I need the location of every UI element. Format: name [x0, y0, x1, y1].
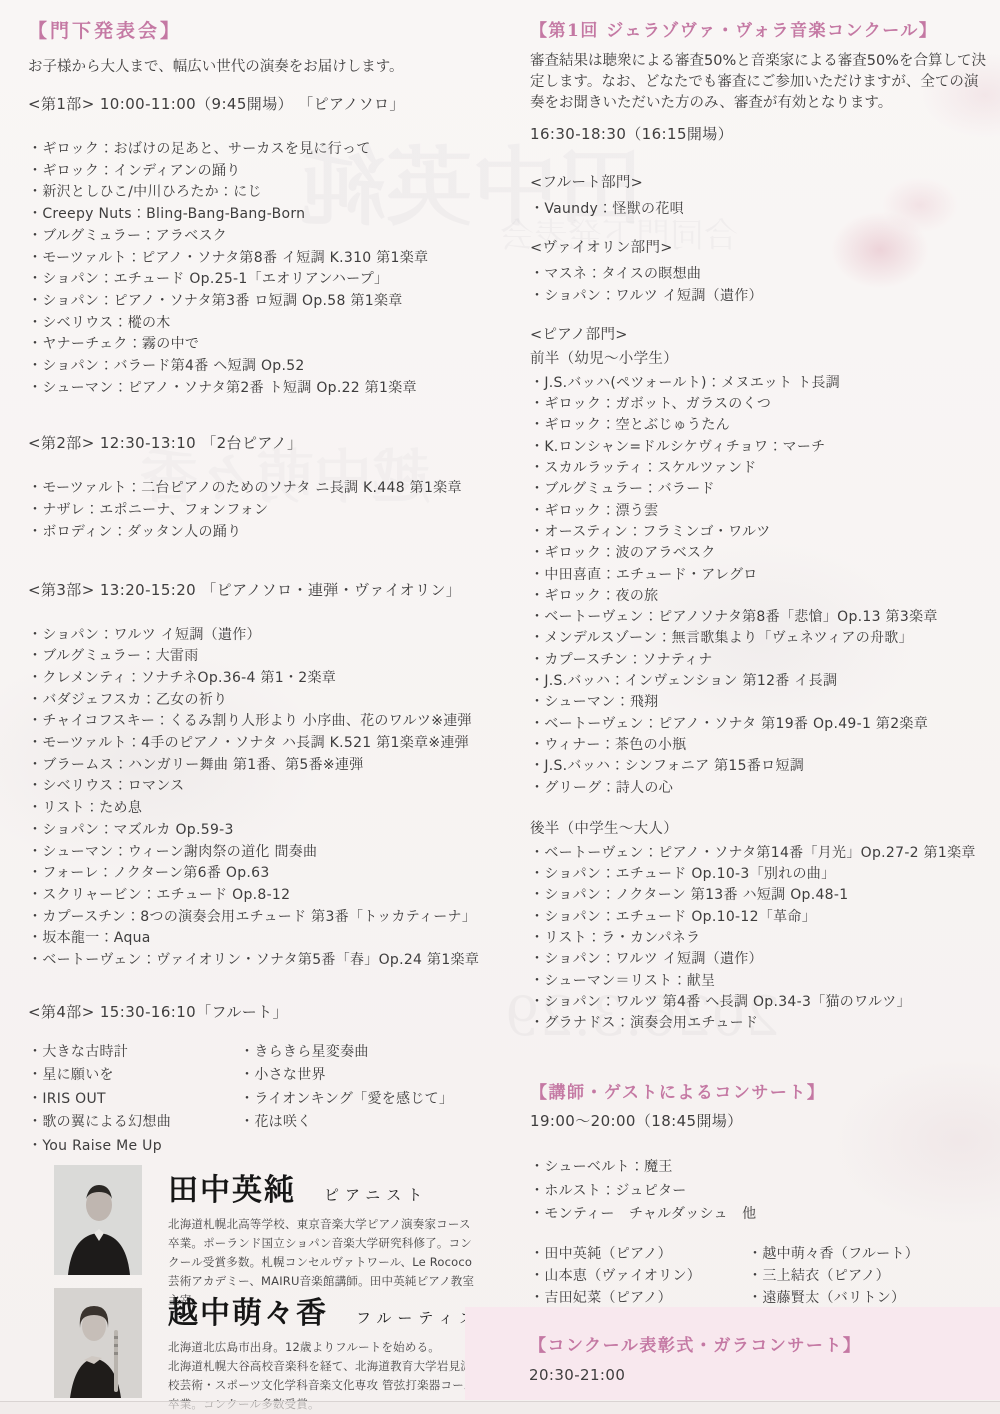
program-item: クレメンティ：ソナチネOp.36-4 第1・2楽章	[28, 668, 490, 690]
program-item: ボロディン：ダッタン人の踊り	[28, 522, 490, 544]
program-item: ショパン：ワルツ イ短調（遺作）	[530, 949, 992, 970]
program-item: ショパン：エチュード Op.10-3「別れの曲」	[530, 864, 992, 885]
performer-item: 三上結衣（ピアノ）	[748, 1265, 992, 1287]
part3-heading: <第3部> 13:20-15:20 「ピアノソロ・連弾・ヴァイオリン」	[28, 580, 490, 601]
piano-second-half-label: 後半（中学生～大人）	[530, 819, 992, 839]
profile-etchu: 越中萌々香 フルーティスト 北海道北広島市出身。12歳よりフルートを始める。 北…	[54, 1288, 494, 1414]
program-item: ギロック：空とぶじゅうたん	[530, 415, 992, 436]
program-item: バダジェフスカ：乙女の祈り	[28, 690, 490, 712]
guest-concert-block: 【講師・ゲストによるコンサート】 19:00～20:00（18:45開場） シュ…	[530, 1078, 992, 1309]
program-item: ベートーヴェン：ピアノ・ソナタ 第19番 Op.49-1 第2楽章	[530, 714, 992, 735]
violin-section-list: マスネ：タイスの瞑想曲ショパン：ワルツ イ短調（遺作）	[530, 264, 992, 307]
competition-title: 【第1回 ジェラゾヴァ・ヴォラ音楽コンクール】	[530, 16, 992, 41]
program-item: J.S.バッハ：インヴェンション 第12番 イ長調	[530, 671, 992, 692]
performers-list-right: 越中萌々香（フルート）三上結衣（ピアノ）遠藤賢太（バリトン）	[748, 1243, 992, 1309]
program-item: 坂本龍一：Aqua	[28, 928, 490, 950]
program-item: 中田喜直：エチュード・アレグロ	[530, 565, 992, 586]
program-item: ギロック：ガボット、ガラスのくつ	[530, 394, 992, 415]
competition-time: 16:30-18:30（16:15開場）	[530, 124, 992, 145]
program-item: ショパン：エチュード Op.25-1「エオリアンハープ」	[28, 269, 490, 291]
flutist-name: 越中萌々香	[168, 1288, 328, 1332]
program-item: シベリウス：ロマンス	[28, 776, 490, 798]
gala-time: 20:30-21:00	[529, 1366, 1000, 1384]
program-item: ホルスト：ジュピター	[530, 1180, 992, 1204]
program-item: ベートーヴェン：ピアノ・ソナタ第14番「月光」Op.27-2 第1楽章	[530, 843, 992, 864]
gala-title: 【コンクール表彰式・ガラコンサート】	[529, 1331, 1000, 1356]
program-item: チャイコフスキー：くるみ割り人形より 小序曲、花のワルツ※連弾	[28, 711, 490, 733]
program-item: You Raise Me Up	[28, 1135, 240, 1159]
competition-description: 審査結果は聴衆による審査50%と音楽家による審査50%を合算して決定します。なお…	[530, 51, 990, 114]
program-item: マスネ：タイスの瞑想曲	[530, 264, 992, 285]
pianist-role: ピアニスト	[324, 1184, 428, 1205]
performer-item: 遠藤賢太（バリトン）	[748, 1287, 992, 1309]
part2-program-list: モーツァルト：二台ピアノのためのソナタ ニ長調 K.448 第1楽章ナザレ：エポ…	[28, 478, 490, 543]
program-item: ギロック：波のアラベスク	[530, 543, 992, 564]
program-item: モーツァルト：ピアノ・ソナタ第8番 イ短調 K.310 第1楽章	[28, 248, 490, 270]
recital-title: 【門下発表会】	[28, 16, 490, 43]
guest-concert-time: 19:00～20:00（18:45開場）	[530, 1111, 992, 1132]
program-item: グラナドス：演奏会用エチュード	[530, 1013, 992, 1034]
guest-concert-title: 【講師・ゲストによるコンサート】	[530, 1078, 992, 1103]
program-item: ウィナー：茶色の小瓶	[530, 735, 992, 756]
program-item: シベリウス：樅の木	[28, 313, 490, 335]
program-item: Vaundy：怪獣の花唄	[530, 199, 992, 220]
performer-item: 越中萌々香（フルート）	[748, 1243, 992, 1265]
program-item: ショパン：ノクターン 第13番 ハ短調 Op.48-1	[530, 885, 992, 906]
program-item: ベートーヴェン：ピアノソナタ第8番「悲愴」Op.13 第3楽章	[530, 607, 992, 628]
piano-first-half-list: J.S.バッハ(ペツォールト)：メヌエット ト長調ギロック：ガボット、ガラスのく…	[530, 373, 992, 799]
program-item: シューマン：ウィーン謝肉祭の道化 間奏曲	[28, 842, 490, 864]
program-item: ブルグミュラー：大雷雨	[28, 646, 490, 668]
program-item: スカルラッティ：スケルツァンド	[530, 458, 992, 479]
flutist-photo	[54, 1288, 142, 1398]
program-item: ギロック：漂う雲	[530, 501, 992, 522]
program-item: カプースチン：8つの演奏会用エチュード 第3番「トッカティーナ」	[28, 907, 490, 929]
part1-heading: <第1部> 10:00-11:00（9:45開場） 「ピアノソロ」	[28, 94, 490, 115]
part2-heading: <第2部> 12:30-13:10 「2台ピアノ」	[28, 433, 490, 454]
performer-item: 吉田妃菜（ピアノ）	[530, 1287, 748, 1309]
program-item: 星に願いを	[28, 1064, 240, 1088]
program-item: オースティン：フラミンゴ・ワルツ	[530, 522, 992, 543]
performers-columns: 田中英純（ピアノ）山本恵（ヴァイオリン）吉田妃菜（ピアノ） 越中萌々香（フルート…	[530, 1243, 992, 1309]
program-item: シューマン＝リスト：献呈	[530, 971, 992, 992]
program-item: 新沢としひこ/中川ひろたか：にじ	[28, 182, 490, 204]
program-item: シューマン：飛翔	[530, 692, 992, 713]
recital-intro: お子様から大人まで、幅広い世代の演奏をお届けします。	[28, 57, 490, 78]
program-item: 大きな古時計	[28, 1041, 240, 1065]
performer-item: 田中英純（ピアノ）	[530, 1243, 748, 1265]
violin-section-heading: <ヴァイオリン部門>	[530, 238, 992, 258]
gala-concert-box: 【コンクール表彰式・ガラコンサート】 20:30-21:00	[465, 1307, 1000, 1400]
program-item: モンティー チャルダッシュ 他	[530, 1203, 992, 1227]
program-item: カプースチン：ソナティナ	[530, 650, 992, 671]
part4-program-list-right: きらきら星変奏曲小さな世界ライオンキング「愛を感じて」花は咲く	[240, 1041, 490, 1159]
program-item: モーツァルト：二台ピアノのためのソナタ ニ長調 K.448 第1楽章	[28, 478, 490, 500]
program-item: きらきら星変奏曲	[240, 1041, 490, 1065]
flute-section-heading: <フルート部門>	[530, 173, 992, 193]
program-item: 歌の翼による幻想曲	[28, 1111, 240, 1135]
guest-concert-list: シューベルト：魔王ホルスト：ジュピターモンティー チャルダッシュ 他	[530, 1156, 992, 1227]
program-item: ヤナーチェク：霧の中で	[28, 334, 490, 356]
program-item: ギロック：おばけの足あと、サーカスを見に行って	[28, 139, 490, 161]
program-item: ベートーヴェン：ヴァイオリン・ソナタ第5番「春」Op.24 第1楽章	[28, 950, 490, 972]
piano-second-half-list: ベートーヴェン：ピアノ・ソナタ第14番「月光」Op.27-2 第1楽章ショパン：…	[530, 843, 992, 1035]
program-item: 小さな世界	[240, 1064, 490, 1088]
program-item: メンデルスゾーン：無言歌集より「ヴェネツィアの舟歌」	[530, 628, 992, 649]
performer-item: 山本恵（ヴァイオリン）	[530, 1265, 748, 1287]
program-item: ナザレ：エポニーナ、フォンフォン	[28, 500, 490, 522]
program-item: シューマン：ピアノ・ソナタ第2番 ト短調 Op.22 第1楽章	[28, 378, 490, 400]
program-item: フォーレ：ノクターン第6番 Op.63	[28, 863, 490, 885]
pianist-photo	[54, 1165, 142, 1275]
program-item: ギロック：夜の旅	[530, 586, 992, 607]
program-item: グリーグ：詩人の心	[530, 778, 992, 799]
competition-column: 【第1回 ジェラゾヴァ・ヴォラ音楽コンクール】 審査結果は聴衆による審査50%と…	[530, 16, 992, 1035]
program-item: ショパン：ワルツ 第4番 ヘ長調 Op.34-3「猫のワルツ」	[530, 992, 992, 1013]
part3-program-list: ショパン：ワルツ イ短調（遺作）ブルグミュラー：大雷雨クレメンティ：ソナチネOp…	[28, 625, 490, 972]
program-item: シューベルト：魔王	[530, 1156, 992, 1180]
program-item: スクリャービン：エチュード Op.8-12	[28, 885, 490, 907]
program-item: J.S.バッハ：シンフォニア 第15番ロ短調	[530, 756, 992, 777]
pianist-name: 田中英純	[168, 1165, 296, 1209]
program-item: ショパン：ピアノ・ソナタ第3番 ロ短調 Op.58 第1楽章	[28, 291, 490, 313]
program-item: ショパン：ワルツ イ短調（遺作）	[530, 286, 992, 307]
piano-section-heading: <ピアノ部門>	[530, 325, 992, 345]
part4-heading: <第4部> 15:30-16:10「フルート」	[28, 1002, 490, 1023]
performers-list-left: 田中英純（ピアノ）山本恵（ヴァイオリン）吉田妃菜（ピアノ）	[530, 1243, 748, 1309]
program-item: リスト：ため息	[28, 798, 490, 820]
program-item: ショパン：マズルカ Op.59-3	[28, 820, 490, 842]
piano-first-half-label: 前半（幼児～小学生）	[530, 349, 992, 369]
program-page: { "left": { "recital": { "title": "【門下発表…	[0, 0, 1000, 1414]
program-item: ギロック：インディアンの踊り	[28, 161, 490, 183]
program-item: J.S.バッハ(ペツォールト)：メヌエット ト長調	[530, 373, 992, 394]
program-item: リスト：ラ・カンパネラ	[530, 928, 992, 949]
program-item: 花は咲く	[240, 1111, 490, 1135]
program-item: K.ロンシャン=ドルシケヴィチョワ：マーチ	[530, 437, 992, 458]
program-item: モーツァルト：4手のピアノ・ソナタ ハ長調 K.521 第1楽章※連弾	[28, 733, 490, 755]
program-item: ショパン：ワルツ イ短調（遺作）	[28, 625, 490, 647]
part4-program-columns: 大きな古時計星に願いをIRIS OUT歌の翼による幻想曲You Raise Me…	[28, 1041, 490, 1159]
program-item: ブルグミュラー：アラベスク	[28, 226, 490, 248]
program-item: ブルグミュラー：バラード	[530, 479, 992, 500]
program-item: IRIS OUT	[28, 1088, 240, 1112]
flute-section-list: Vaundy：怪獣の花唄	[530, 199, 992, 220]
program-item: Creepy Nuts：Bling-Bang-Bang-Born	[28, 204, 490, 226]
program-item: ショパン：バラード第4番 ヘ短調 Op.52	[28, 356, 490, 378]
scan-edge-area	[0, 1402, 1000, 1414]
part1-program-list: ギロック：おばけの足あと、サーカスを見に行ってギロック：インディアンの踊り新沢と…	[28, 139, 490, 399]
program-item: ブラームス：ハンガリー舞曲 第1番、第5番※連弾	[28, 755, 490, 777]
part4-program-list-left: 大きな古時計星に願いをIRIS OUT歌の翼による幻想曲You Raise Me…	[28, 1041, 240, 1159]
program-item: ショパン：エチュード Op.10-12「革命」	[530, 907, 992, 928]
recital-column: 【門下発表会】 お子様から大人まで、幅広い世代の演奏をお届けします。 <第1部>…	[28, 16, 490, 1158]
program-item: ライオンキング「愛を感じて」	[240, 1088, 490, 1112]
